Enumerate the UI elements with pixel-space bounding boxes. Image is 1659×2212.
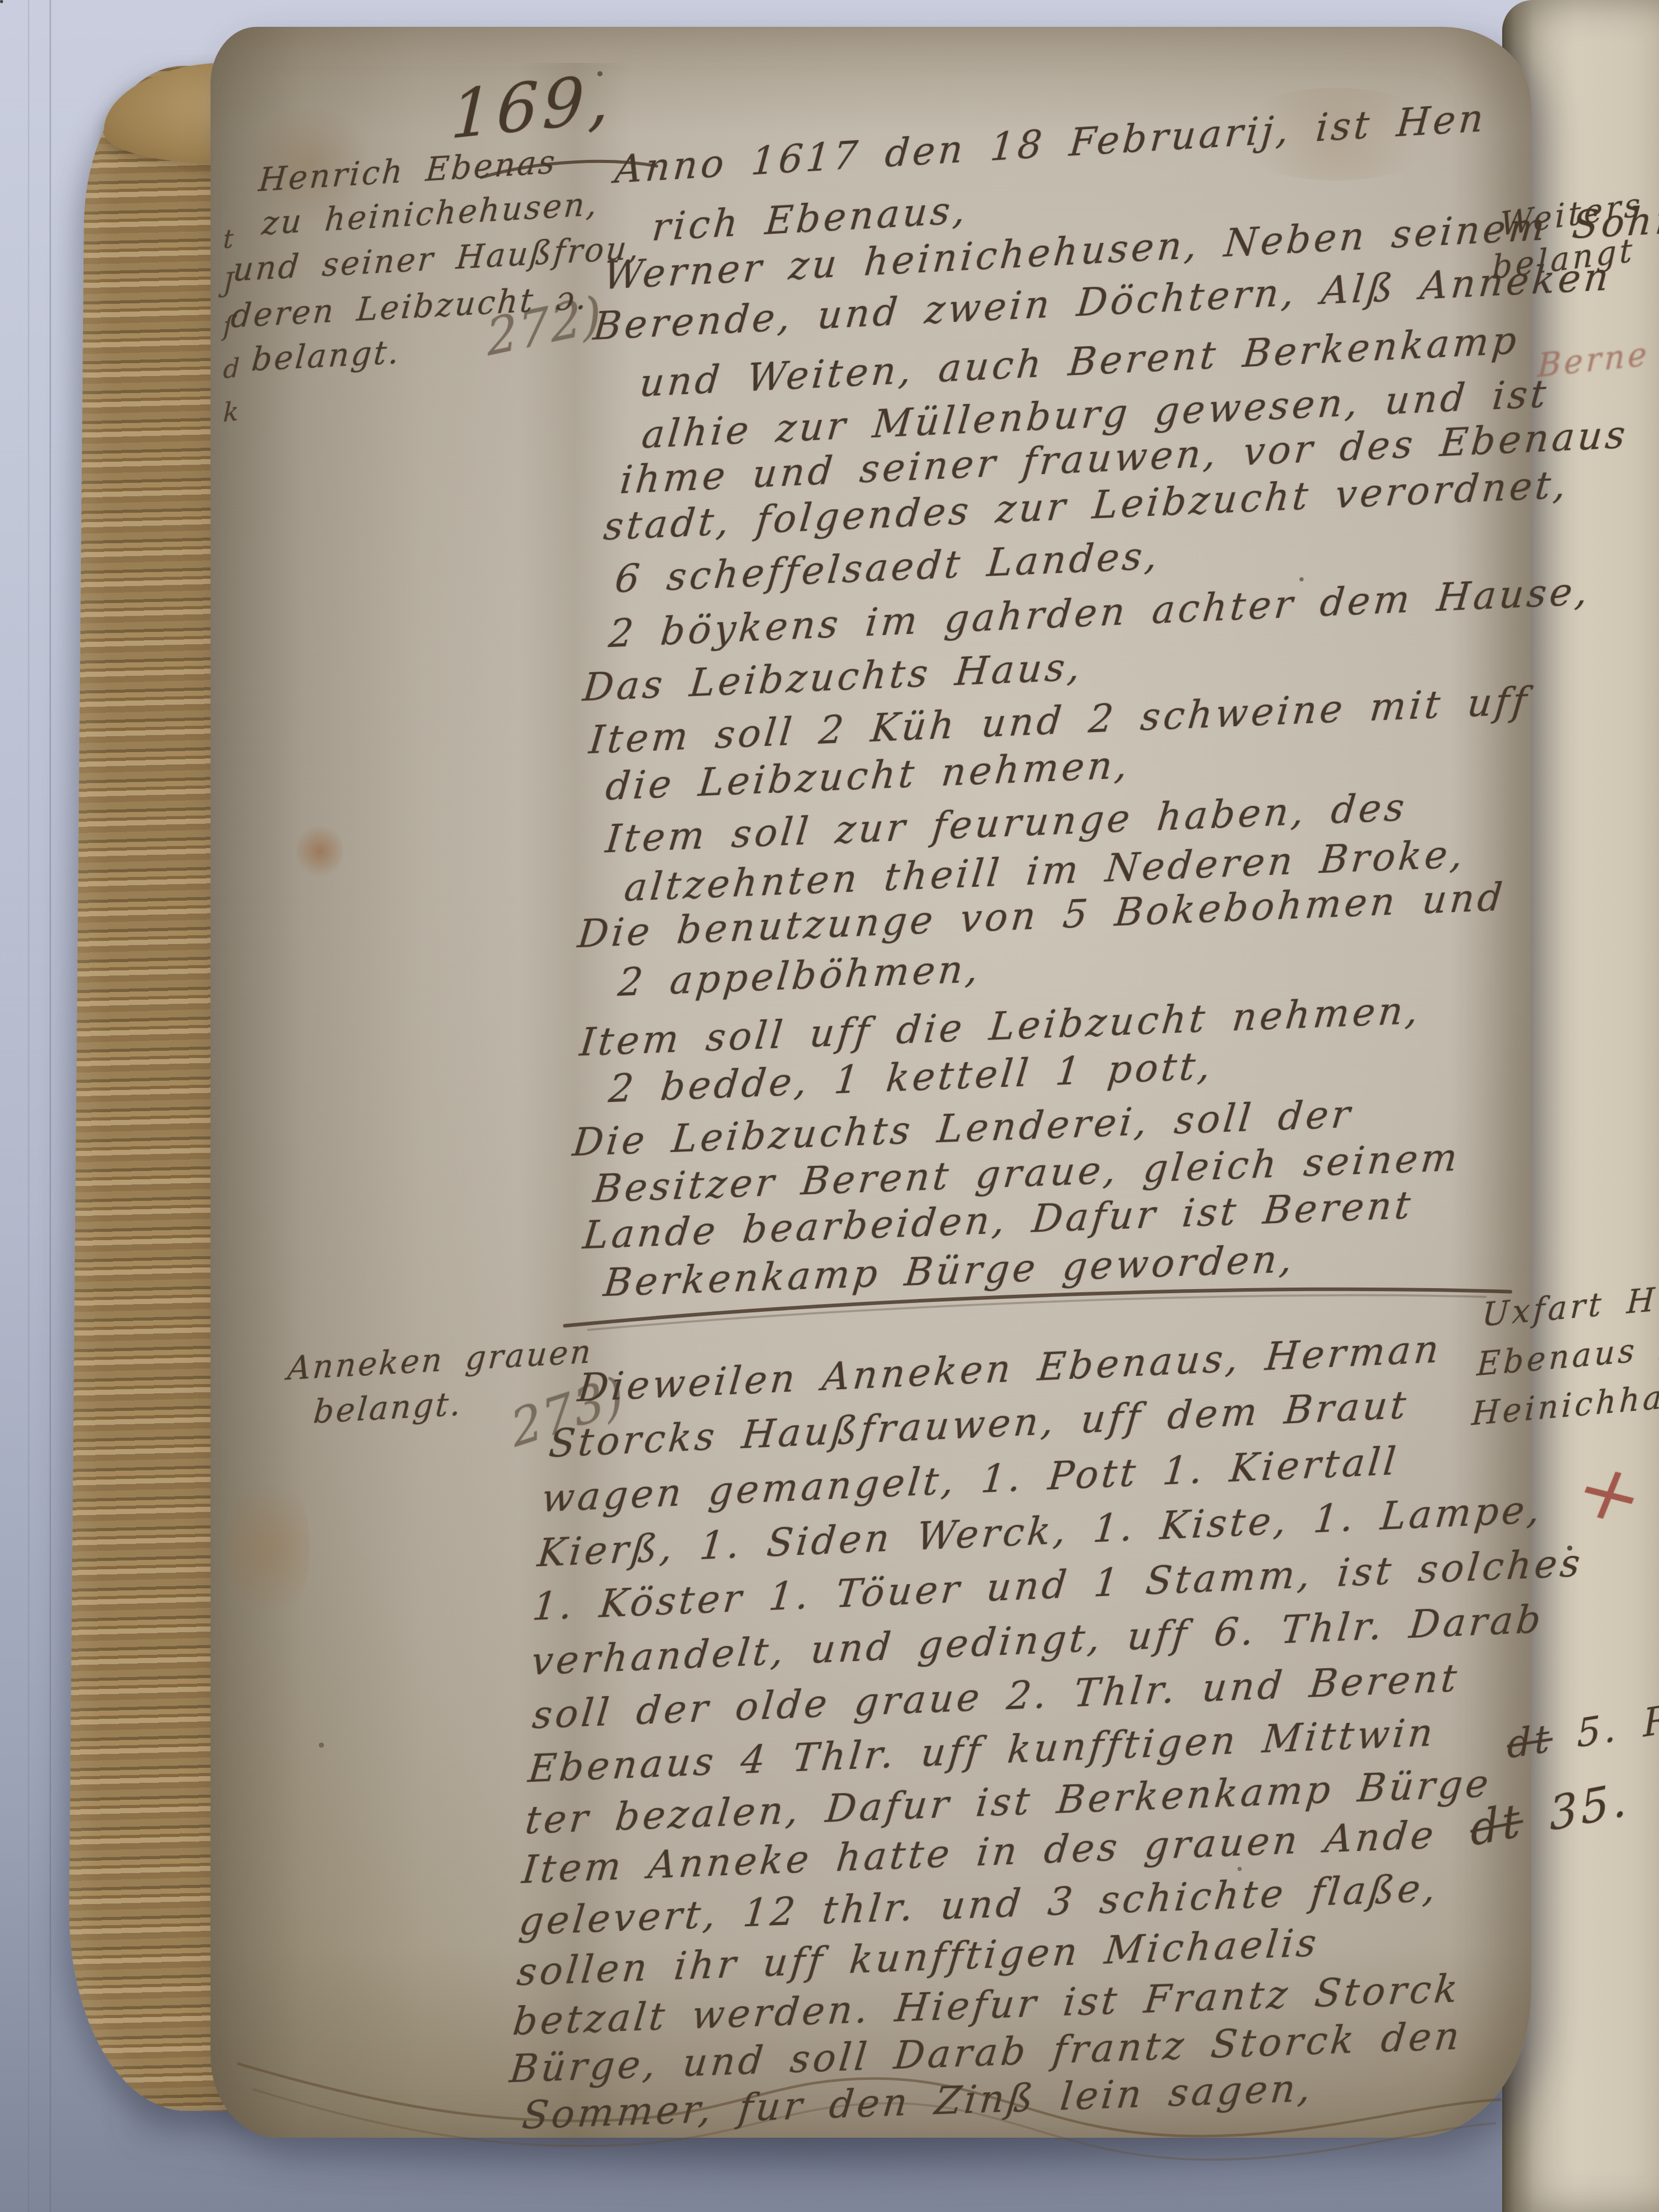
payment-abbr: dt [1507, 1715, 1553, 1767]
payment-abbr: dt [1469, 1793, 1524, 1857]
gutter-letter-fragment: J [223, 267, 237, 298]
margin-note-line: belangt. [250, 333, 403, 378]
manuscript-photo: 169, 272) 273) Anno 1617 den 18 Februari… [0, 0, 1659, 2212]
gutter-letter-fragment: ſ [223, 310, 236, 341]
backdrop-seam [28, 0, 29, 2212]
ink-specks [0, 0, 3, 3]
gutter-letter-fragment: k [223, 396, 242, 428]
gutter-letter-fragment: d [223, 353, 243, 385]
backdrop-seam [50, 0, 51, 2212]
gutter-letter-fragment: t [223, 223, 237, 255]
